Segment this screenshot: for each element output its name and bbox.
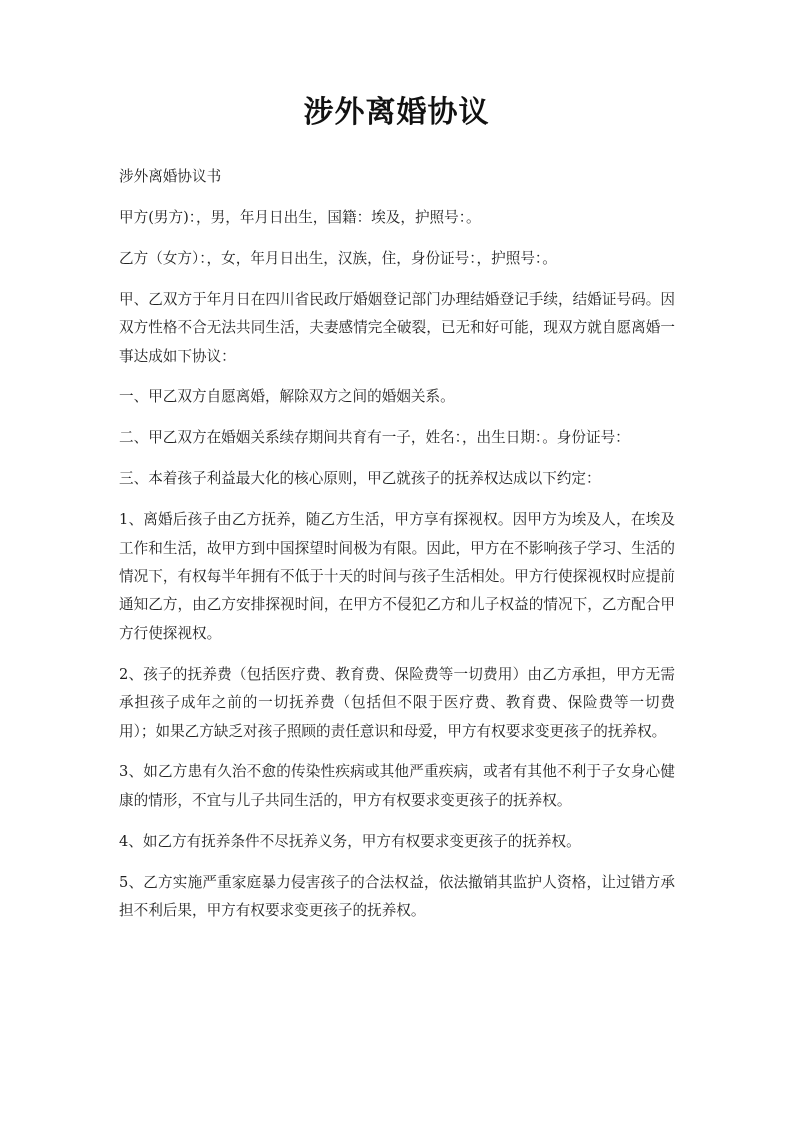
preamble-paragraph: 甲、乙双方于年月日在四川省民政厅婚姻登记部门办理结婚登记手续，结婚证号码。因双方… bbox=[119, 286, 675, 371]
custody-item-2-paragraph: 2、孩子的抚养费（包括医疗费、教育费、保险费等一切费用）由乙方承担，甲方无需承担… bbox=[119, 661, 675, 746]
document-title: 涉外离婚协议 bbox=[0, 93, 793, 133]
custody-item-4-paragraph: 4、如乙方有抚养条件不尽抚养义务，甲方有权要求变更孩子的抚养权。 bbox=[119, 828, 675, 856]
clause-3-paragraph: 三、本着孩子利益最大化的核心原则，甲乙就孩子的抚养权达成以下约定： bbox=[119, 465, 675, 493]
custody-item-3-paragraph: 3、如乙方患有久治不愈的传染性疾病或其他严重疾病，或者有其他不利于子女身心健康的… bbox=[119, 758, 675, 815]
custody-item-1-paragraph: 1、离婚后孩子由乙方抚养，随乙方生活，甲方享有探视权。因甲方为埃及人，在埃及工作… bbox=[119, 506, 675, 648]
document-page: 涉外离婚协议 涉外离婚协议书 甲方(男方)：，男，年月日出生，国籍：埃及，护照号… bbox=[0, 0, 793, 1122]
document-body: 涉外离婚协议书 甲方(男方)：，男，年月日出生，国籍：埃及，护照号：。 乙方（女… bbox=[119, 163, 675, 938]
custody-item-5-paragraph: 5、乙方实施严重家庭暴力侵害孩子的合法权益，依法撤销其监护人资格，让过错方承担不… bbox=[119, 869, 675, 926]
party-b-paragraph: 乙方（女方）：，女，年月日出生，汉族，住，身份证号：，护照号：。 bbox=[119, 245, 675, 273]
clause-2-paragraph: 二、甲乙双方在婚姻关系续存期间共育有一子，姓名：，出生日期：。身份证号： bbox=[119, 424, 675, 452]
party-a-paragraph: 甲方(男方)：，男，年月日出生，国籍：埃及，护照号：。 bbox=[119, 204, 675, 232]
subtitle-paragraph: 涉外离婚协议书 bbox=[119, 163, 675, 191]
clause-1-paragraph: 一、甲乙双方自愿离婚，解除双方之间的婚姻关系。 bbox=[119, 383, 675, 411]
